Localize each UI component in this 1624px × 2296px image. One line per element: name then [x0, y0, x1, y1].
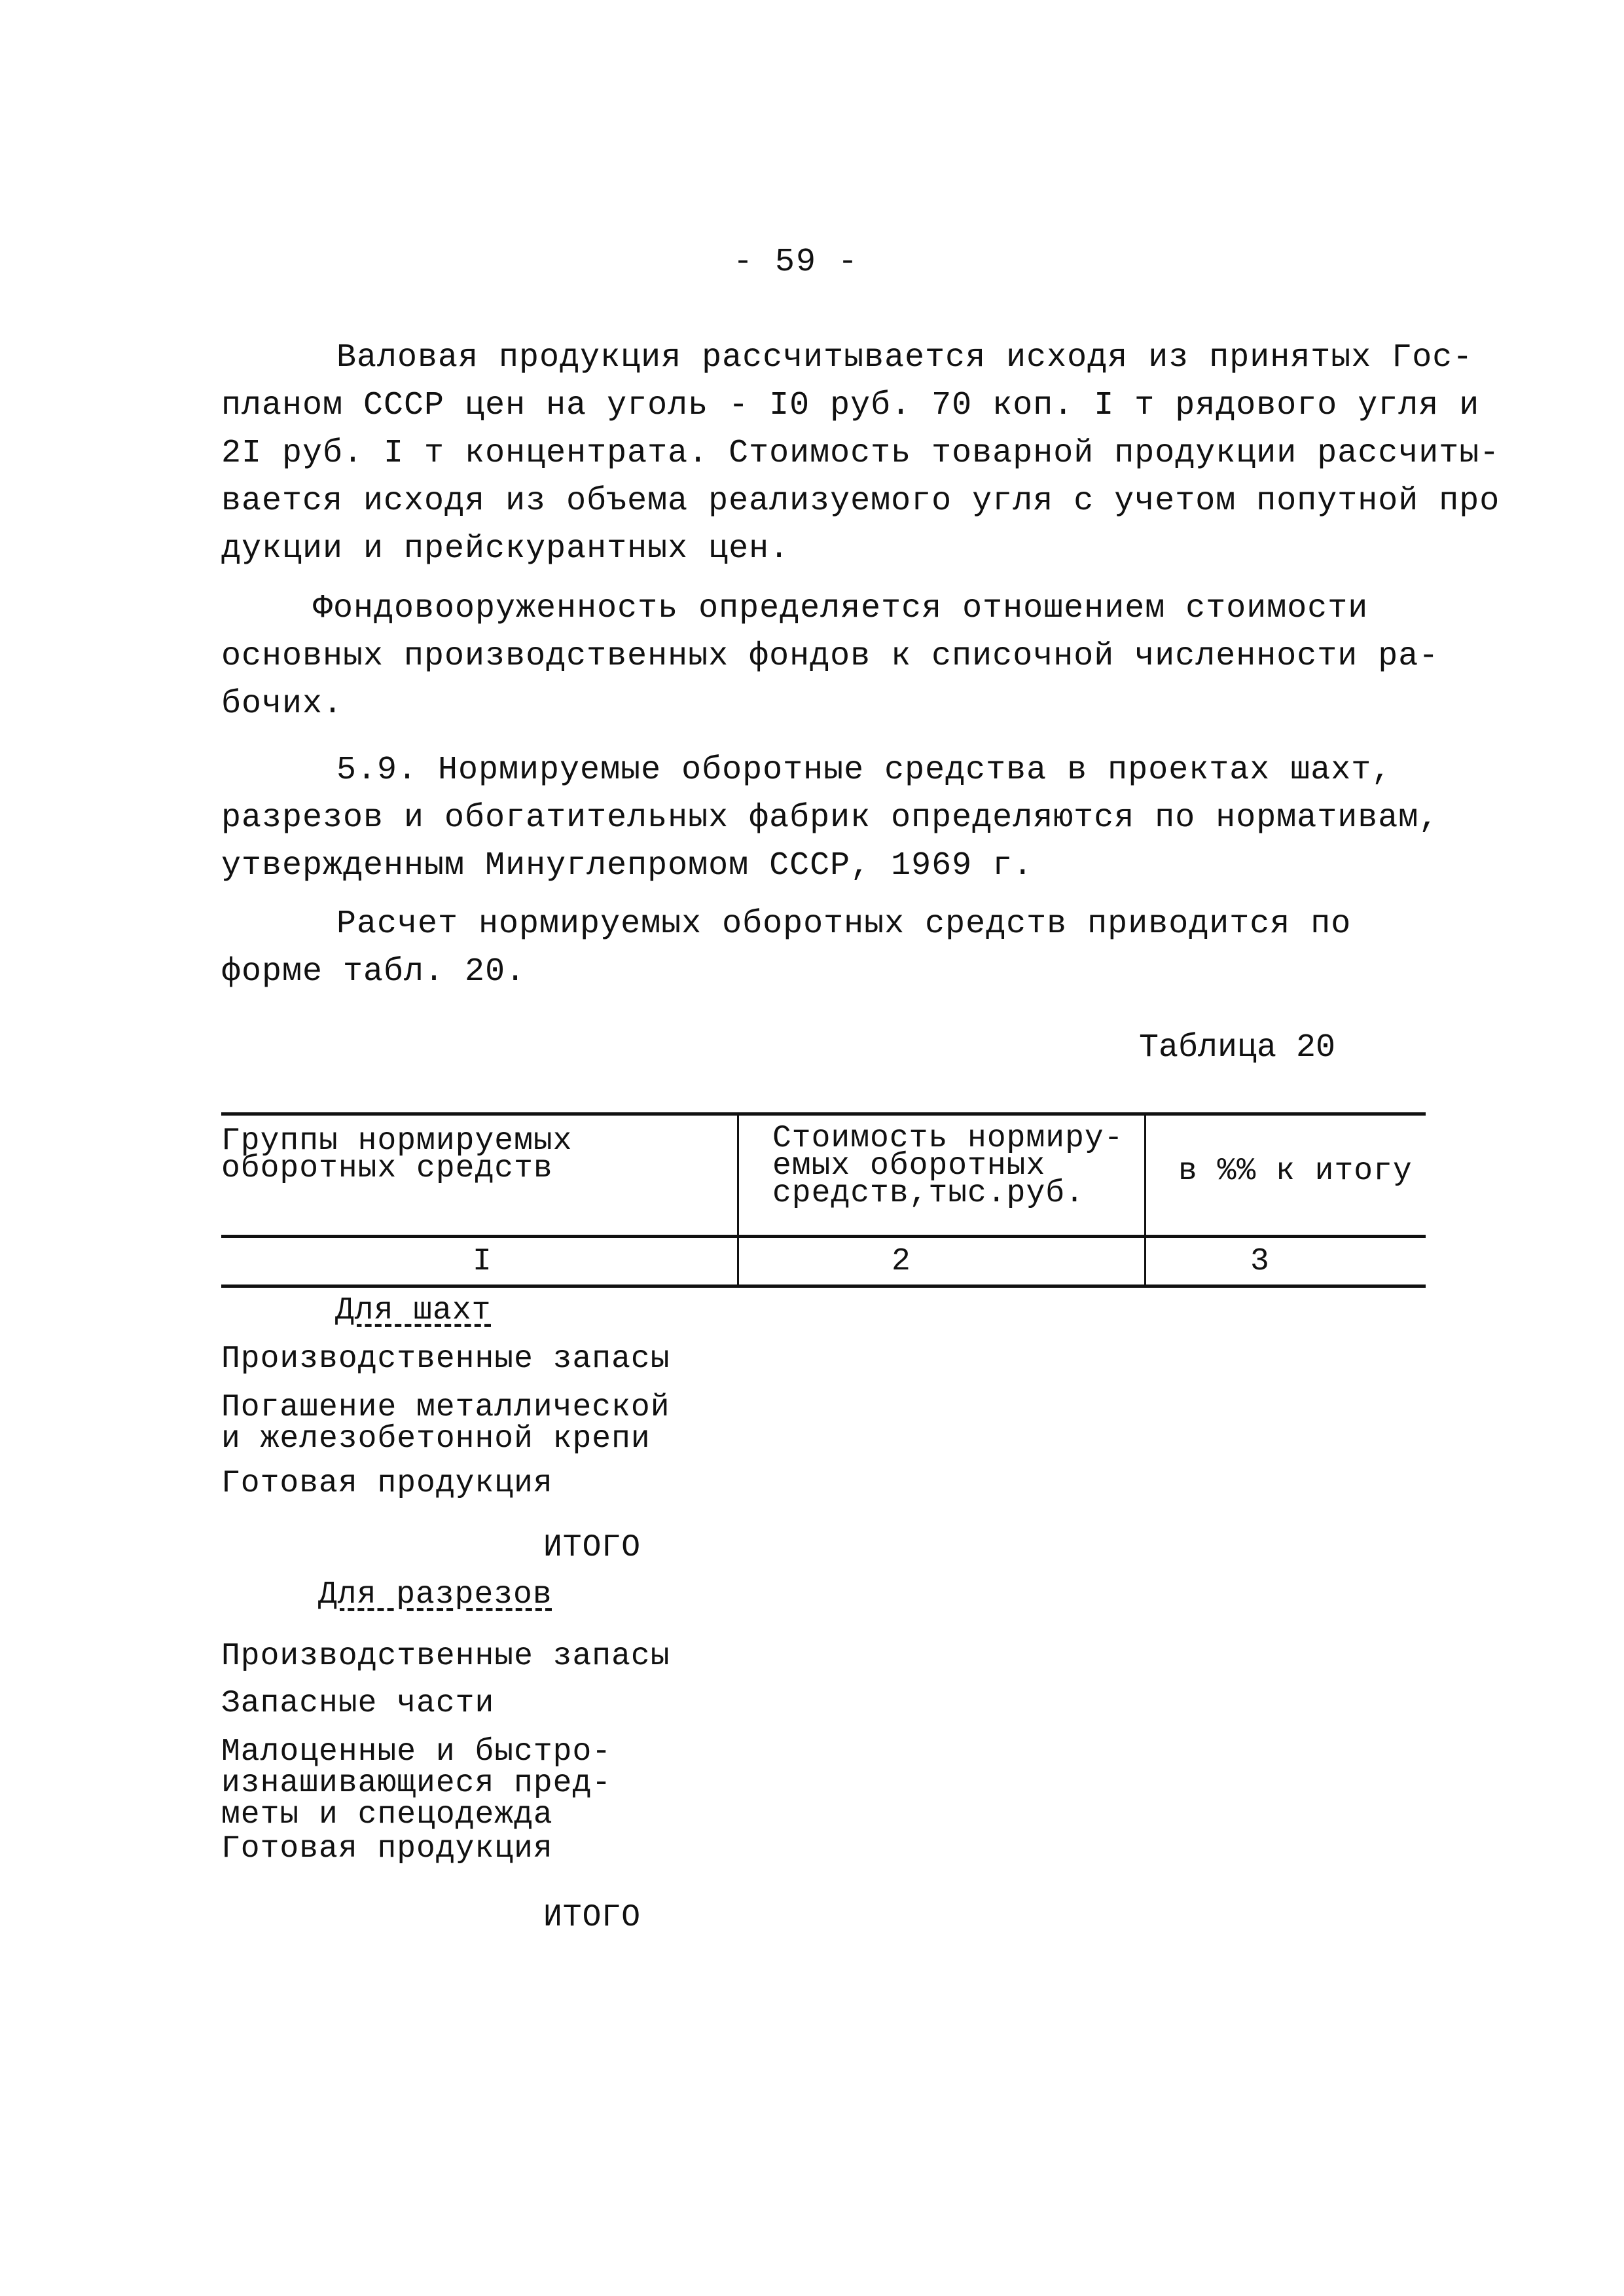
text-line: Расчет нормируемых оборотных средств при… — [221, 900, 1413, 948]
header-groups: Группы нормируемых оборотных средств — [221, 1127, 572, 1182]
table-caption: Таблица 20 — [1139, 1029, 1335, 1066]
row-line: и железобетонной крепи — [221, 1423, 670, 1455]
header-line: в %% к итогу — [1178, 1157, 1413, 1185]
column-divider — [1144, 1116, 1146, 1288]
table-row: Готовая продукция — [221, 1833, 553, 1865]
table-header-rule — [221, 1235, 1426, 1238]
text-line: форме табл. 20. — [221, 948, 1413, 996]
row-line: Малоценные и быстро- — [221, 1736, 611, 1768]
text-line: утвержденным Минуглепромом СССР, 1969 г. — [221, 842, 1413, 890]
text-line: основных производственных фондов к списо… — [221, 632, 1413, 680]
table-number-row-rule — [221, 1285, 1426, 1288]
row-line: изнашивающиеся пред- — [221, 1768, 611, 1799]
column-number-2: 2 — [892, 1244, 911, 1279]
paragraph-calculation: Расчет нормируемых оборотных средств при… — [221, 900, 1413, 996]
header-line: оборотных средств — [221, 1155, 572, 1182]
text-line: Фондовооруженность определяется отношени… — [221, 585, 1413, 632]
table-row: Погашение металлической и железобетонной… — [221, 1392, 670, 1455]
column-number-1: I — [473, 1244, 492, 1279]
header-line: средств,тыс.руб. — [772, 1180, 1123, 1207]
text-line: вается исходя из объема реализуемого угл… — [221, 477, 1413, 525]
table-row: Готовая продукция — [221, 1468, 553, 1499]
paragraph-section-5-9: 5.9. Нормируемые оборотные средства в пр… — [221, 746, 1413, 890]
text-line: бочих. — [221, 680, 1413, 728]
row-line: меты и спецодежда — [221, 1799, 611, 1831]
table-row: Запасные части — [221, 1688, 494, 1719]
text-line: Валовая продукция рассчитывается исходя … — [221, 334, 1413, 382]
paragraph-gross-output: Валовая продукция рассчитывается исходя … — [221, 334, 1413, 573]
section-title-mines: Для шахт — [335, 1295, 491, 1326]
column-divider — [737, 1112, 739, 1288]
table-row: Малоценные и быстро- изнашивающиеся пред… — [221, 1736, 611, 1831]
text-line: 2I руб. I т концентрата. Стоимость товар… — [221, 429, 1413, 477]
text-line: разрезов и обогатительных фабрик определ… — [221, 794, 1413, 842]
total-open-pits: ИТОГО — [543, 1902, 641, 1933]
row-line: Погашение металлической — [221, 1392, 670, 1423]
section-title-open-pits: Для разрезов — [318, 1579, 552, 1611]
table-row: Производственные запасы — [221, 1343, 670, 1375]
text-line: 5.9. Нормируемые оборотные средства в пр… — [221, 746, 1413, 794]
total-mines: ИТОГО — [543, 1532, 641, 1563]
text-line: планом СССР цен на уголь - I0 руб. 70 ко… — [221, 382, 1413, 429]
header-cost: Стоимость нормиру- емых оборотных средст… — [772, 1125, 1123, 1207]
paragraph-capital-ratio: Фондовооруженность определяется отношени… — [221, 585, 1413, 728]
text-line: дукции и прейскурантных цен. — [221, 525, 1413, 573]
column-number-3: 3 — [1250, 1244, 1269, 1279]
page-number: - 59 - — [733, 244, 859, 281]
table-top-rule — [221, 1112, 1426, 1116]
header-percent: в %% к итогу — [1178, 1157, 1413, 1185]
table-row: Производственные запасы — [221, 1641, 670, 1672]
